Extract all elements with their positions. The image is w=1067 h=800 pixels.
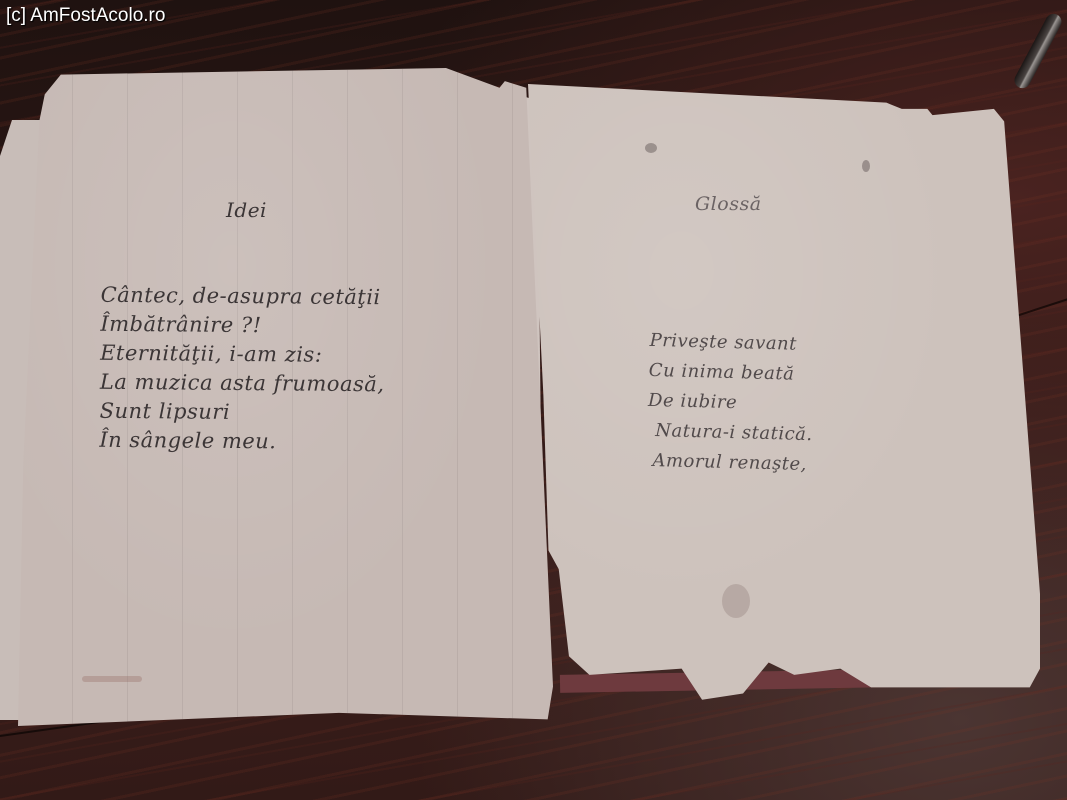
paper-stain	[862, 160, 870, 172]
poem-line: Eternităţii, i-am zis:	[100, 339, 385, 370]
poem-title-left: Idei	[226, 198, 267, 222]
watermark-text: [c] AmFostAcolo.ro	[6, 5, 165, 27]
poem-text-right: Priveşte savant Cu inima beată De iubire…	[646, 326, 815, 480]
poem-line: De iubire	[648, 386, 814, 420]
paper-stain	[82, 676, 142, 682]
poem-line: În sângele meu.	[99, 426, 384, 457]
poem-line: Sunt lipsuri	[99, 397, 384, 428]
poem-line: Cântec, de-asupra cetăţii	[101, 281, 386, 312]
poem-line: Cu inima beată	[648, 356, 814, 390]
poem-line: La muzica asta frumoasă,	[100, 368, 385, 399]
poem-line: Natura-i statică.	[647, 416, 813, 450]
paper-stain	[645, 143, 657, 153]
paper-stain	[722, 584, 750, 618]
poem-line: Priveşte savant	[649, 326, 815, 360]
poem-title-right: Glossă	[695, 193, 762, 215]
poem-text-left: Cântec, de-asupra cetăţii Îmbătrânire ?!…	[99, 281, 385, 457]
poem-line: Îmbătrânire ?!	[100, 310, 385, 341]
poem-line: Amorul renaşte,	[646, 446, 812, 480]
